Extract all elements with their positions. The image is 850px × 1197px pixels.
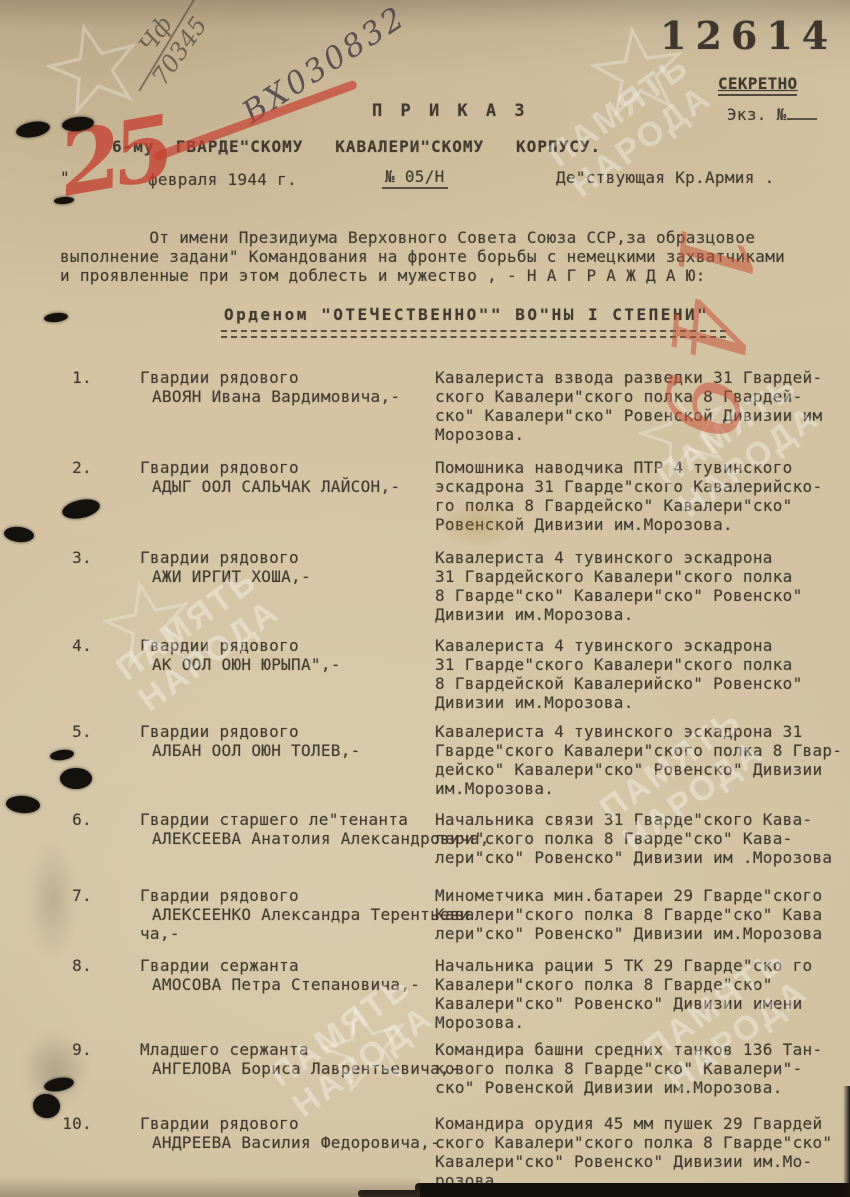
- secrecy-label: СЕКРЕТНО: [718, 74, 797, 96]
- entry-citation: Кавалериста взвода разведки 31 Гвардей- …: [435, 368, 822, 444]
- date-open-quote: ": [60, 168, 70, 187]
- copy-number-blank: [787, 106, 817, 120]
- entry-rank: Гвардии рядового: [140, 886, 299, 905]
- entry-rank: Гвардии старшего ле"тенанта: [140, 810, 408, 829]
- entry-citation: Помошника наводчика ПТР 4 тувинского эск…: [435, 458, 822, 534]
- hole-punch: [61, 496, 102, 522]
- preamble-text: От имени Президиума Верховного Совета Со…: [60, 228, 785, 285]
- entry-number: 6.: [56, 810, 92, 829]
- hole-punch: [49, 748, 74, 761]
- entry-name: АНГЕЛОВА Бориса Лаврентьевича,-: [140, 1059, 460, 1078]
- entry-name: АМОСОВА Петра Степановича,-: [140, 975, 420, 994]
- entry-citation: Командира башни средних танков 136 Тан- …: [435, 1040, 822, 1097]
- entry-name: АДЫГ ООЛ САЛЬЧАК ЛАЙСОН,-: [140, 477, 400, 496]
- date-text: февраля 1944 г.: [148, 170, 297, 189]
- entry-name: АЛЕКСЕЕНКО Александра Терентьеви ча,-: [140, 905, 470, 943]
- entry-citation: Кавалериста 4 тувинского эскадрона 31 Гв…: [435, 548, 803, 624]
- entry-name: АК ООЛ ОЮН ЮРЫПА",-: [140, 655, 341, 674]
- hole-punch: [61, 115, 94, 132]
- registration-stamp-number: 12614: [660, 26, 837, 45]
- handwritten-pencil-note: Чф 70345: [114, 0, 222, 104]
- entry-citation: Начальника связи 31 Гварде"ского Кава- л…: [435, 810, 832, 867]
- scan-edge-sliver: [843, 1086, 850, 1197]
- hole-punch: [60, 768, 92, 789]
- entry-rank: Гвардии рядового: [140, 458, 299, 477]
- pencil-note-bottom: 70345: [138, 0, 223, 104]
- entry-number: 2.: [56, 458, 92, 477]
- entry-number: 5.: [56, 722, 92, 741]
- entry-citation: Кавалериста 4 тувинского эскадрона 31 Гв…: [435, 636, 803, 712]
- star-watermark-icon: [38, 12, 150, 124]
- pencil-note-top: Чф: [114, 0, 199, 88]
- order-title: П Р И К А З: [372, 102, 529, 121]
- scan-edge-shadow: [0, 1176, 420, 1197]
- hole-punch: [15, 119, 51, 140]
- entry-rank: Гвардии сержанта: [140, 956, 299, 975]
- entry-rank: Гвардии рядового: [140, 548, 299, 567]
- entry-citation: Кавалериста 4 тувинского эскадрона 31 Гв…: [435, 722, 842, 798]
- entry-citation: Командира орудия 45 мм пушек 29 Гвардей …: [435, 1114, 832, 1190]
- entry-name: АЖИ ИРГИТ ХОША,-: [140, 567, 311, 586]
- scan-edge-strip: [358, 1190, 420, 1197]
- entry-number: 7.: [56, 886, 92, 905]
- copy-number-label: Экз. №: [727, 105, 787, 124]
- entry-rank: Гвардии рядового: [140, 1114, 299, 1133]
- entry-number: 3.: [56, 548, 92, 567]
- entry-number: 8.: [56, 956, 92, 975]
- entry-citation: Начальника рации 5 ТК 29 Гварде"ско го К…: [435, 956, 812, 1032]
- entry-rank: Гвардии рядового: [140, 368, 299, 387]
- hole-punch: [54, 196, 74, 204]
- entry-number: 10.: [56, 1114, 92, 1133]
- entry-rank: Гвардии рядового: [140, 722, 299, 741]
- entry-name: АЛБАН ООЛ ОЮН ТОЛЕВ,-: [140, 741, 361, 760]
- entry-number: 1.: [56, 368, 92, 387]
- pencil-note-slash: [138, 0, 197, 92]
- copy-number-line: Экз. №: [727, 105, 817, 124]
- award-heading-underline: [221, 330, 726, 338]
- entry-citation: Минометчика мин.батареи 29 Гварде"ского …: [435, 886, 822, 943]
- entry-rank: Младшего сержанта: [140, 1040, 309, 1059]
- entry-number: 4.: [56, 636, 92, 655]
- army-label: Де"ствующая Кр.Армия .: [556, 168, 775, 187]
- hole-punch: [44, 312, 69, 323]
- award-heading: Орденом "ОТЕЧЕСТВЕННО"" ВО"НЫ I СТЕПЕНИ": [224, 305, 709, 324]
- hole-punch: [5, 795, 40, 814]
- entry-name: АНДРЕЕВА Василия Федоровича,-: [140, 1133, 440, 1152]
- entry-name: АВОЯН Ивана Вардимовича,-: [140, 387, 400, 406]
- hole-punch: [43, 1075, 75, 1093]
- entry-number: 9.: [56, 1040, 92, 1059]
- hole-punch: [3, 525, 34, 543]
- scanned-order-document: ПАМЯТЬ НАРОДА ПАМЯТЬ НАРОДА ПАМЯТЬ НАРОД…: [0, 0, 850, 1197]
- entry-rank: Гвардии рядового: [140, 636, 299, 655]
- order-number: № 05/Н: [382, 167, 448, 189]
